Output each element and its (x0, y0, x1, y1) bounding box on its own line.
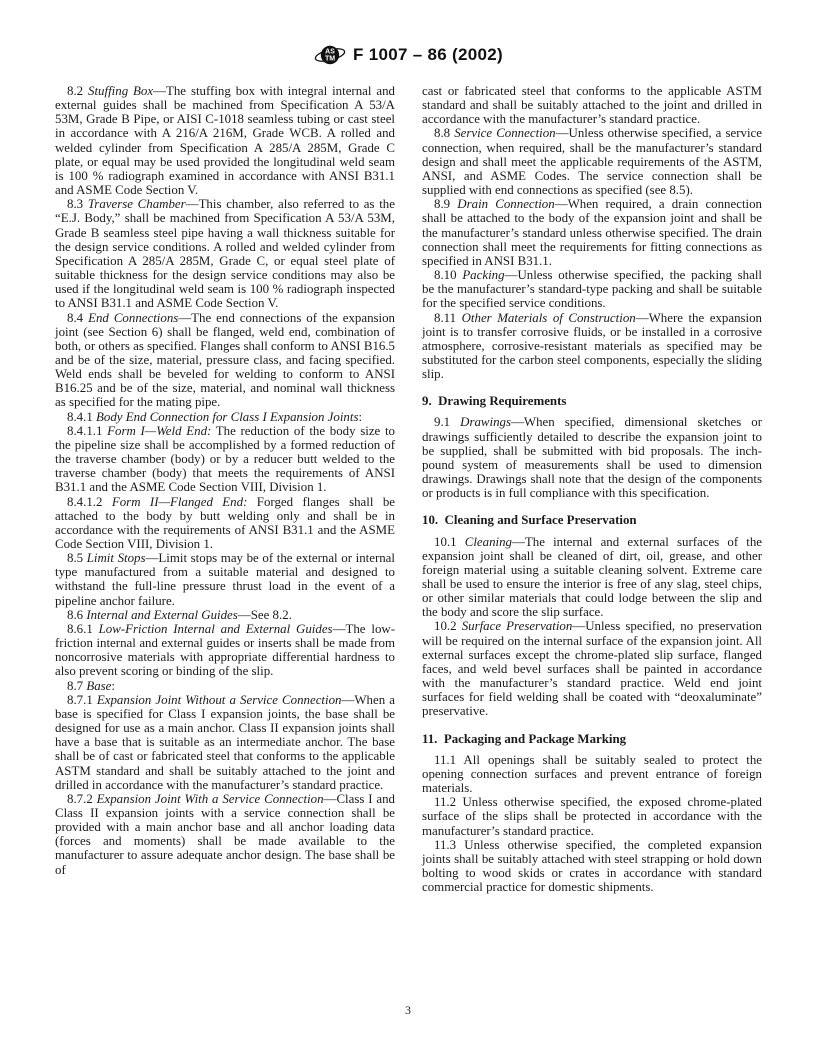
paragraph: 8.9 Drain Connection—When required, a dr… (422, 197, 762, 268)
paragraph: 8.7 Base: (55, 679, 395, 693)
right-column: cast or fabricated steel that conforms t… (422, 84, 762, 894)
document-page: AS TM F 1007 – 86 (2002) 8.2 Stuffing Bo… (0, 0, 816, 894)
paragraph: 11.3 Unless otherwise specified, the com… (422, 838, 762, 895)
paragraph: 9.1 Drawings—When specified, dimensional… (422, 415, 762, 500)
paragraph: 8.4.1.2 Form II—Flanged End: Forged flan… (55, 495, 395, 552)
paragraph: 8.8 Service Connection—Unless otherwise … (422, 126, 762, 197)
paragraph: 8.7.1 Expansion Joint Without a Service … (55, 693, 395, 792)
doc-title: F 1007 – 86 (2002) (353, 45, 503, 65)
paragraph: 8.5 Limit Stops—Limit stops may be of th… (55, 551, 395, 608)
left-column: 8.2 Stuffing Box—The stuffing box with i… (55, 84, 395, 894)
paragraph: 8.4.1 Body End Connection for Class I Ex… (55, 410, 395, 424)
paragraph: 11.2 Unless otherwise specified, the exp… (422, 795, 762, 837)
two-column-body: 8.2 Stuffing Box—The stuffing box with i… (55, 84, 762, 894)
section-heading: 10. Cleaning and Surface Preservation (422, 513, 762, 527)
svg-text:TM: TM (325, 56, 335, 63)
paragraph: cast or fabricated steel that conforms t… (422, 84, 762, 126)
paragraph: 10.1 Cleaning—The internal and external … (422, 535, 762, 620)
svg-text:AS: AS (325, 49, 335, 56)
paragraph: 8.11 Other Materials of Construction—Whe… (422, 311, 762, 382)
paragraph: 8.4.1.1 Form I—Weld End: The reduction o… (55, 424, 395, 495)
paragraph: 8.4 End Connections—The end connections … (55, 311, 395, 410)
paragraph: 11.1 All openings shall be suitably seal… (422, 753, 762, 795)
doc-header: AS TM F 1007 – 86 (2002) (55, 42, 762, 68)
paragraph: 8.6.1 Low-Friction Internal and External… (55, 622, 395, 679)
paragraph: 8.2 Stuffing Box—The stuffing box with i… (55, 84, 395, 197)
section-heading: 11. Packaging and Package Marking (422, 732, 762, 746)
section-heading: 9. Drawing Requirements (422, 394, 762, 408)
page-number: 3 (0, 1003, 816, 1018)
paragraph: 8.3 Traverse Chamber—This chamber, also … (55, 197, 395, 310)
paragraph: 8.10 Packing—Unless otherwise specified,… (422, 268, 762, 310)
paragraph: 8.6 Internal and External Guides—See 8.2… (55, 608, 395, 622)
astm-logo-icon: AS TM (314, 43, 346, 67)
paragraph: 8.7.2 Expansion Joint With a Service Con… (55, 792, 395, 877)
paragraph: 10.2 Surface Preservation—Unless specifi… (422, 619, 762, 718)
